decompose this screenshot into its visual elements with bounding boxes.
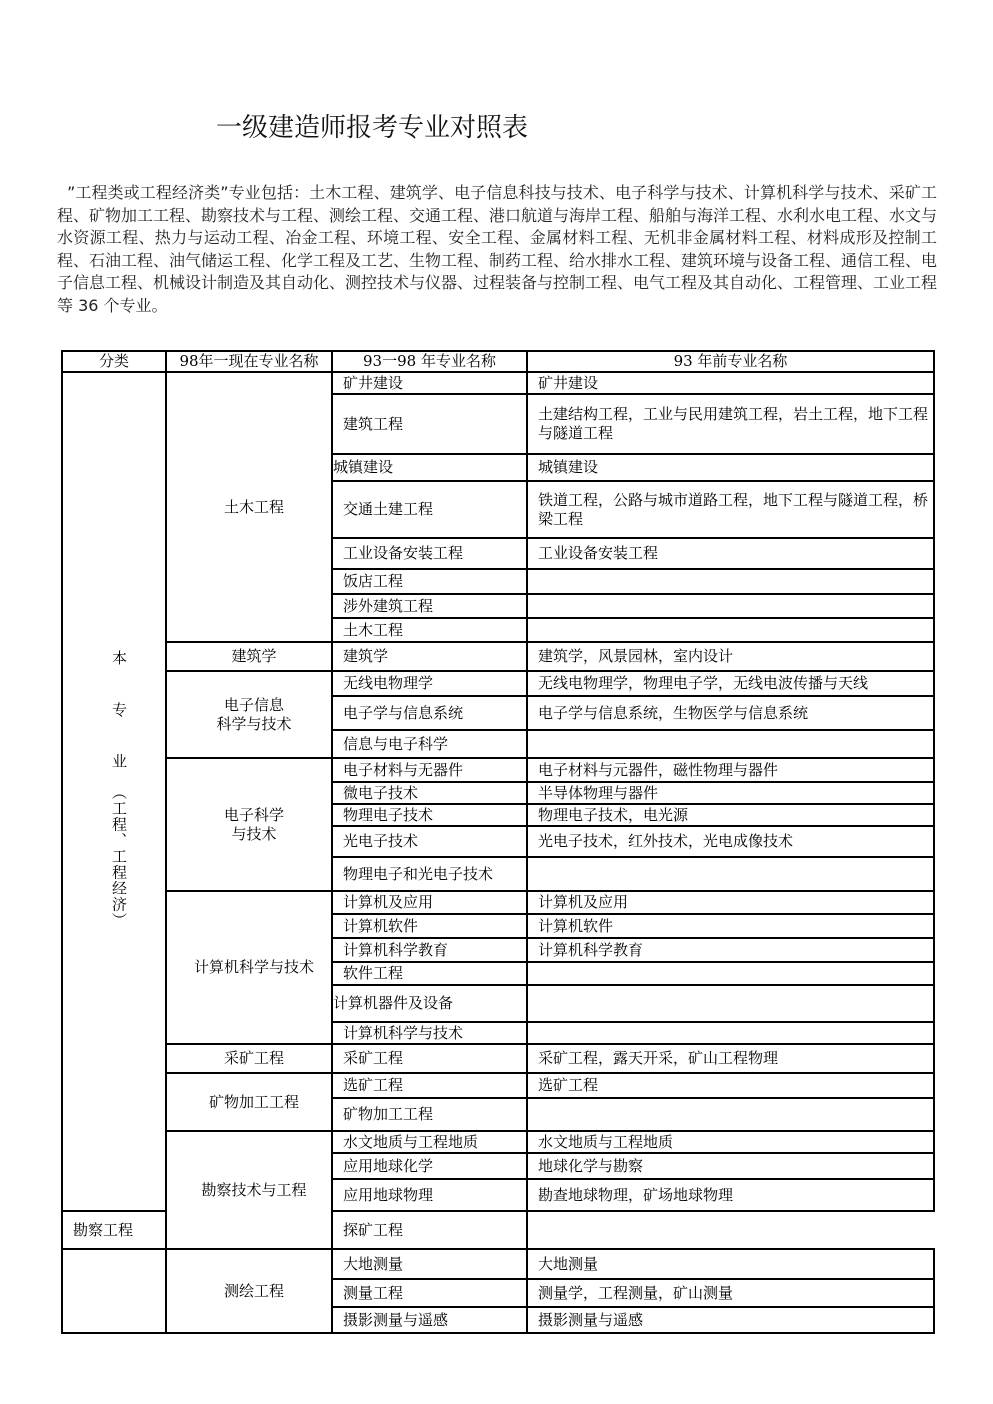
major-pre93-cell: 工业设备安装工程	[527, 538, 934, 569]
major-pre93-cell: 计算机及应用	[527, 891, 934, 914]
major-9398-cell: 计算机器件及设备	[332, 985, 527, 1022]
major-9398-cell: 物理电子和光电子技术	[332, 857, 527, 891]
page-title: 一级建造师报考专业对照表	[216, 107, 528, 144]
table-row: 电子信息 科学与技术 无线电物理学 无线电物理学，物理电子学，无线电波传播与天线	[62, 671, 934, 696]
major-pre93-cell	[527, 962, 934, 985]
major-comparison-table: 分类 98年一现在专业名称 93一98 年专业名称 93 年前专业名称 本 专 …	[61, 350, 935, 1334]
current-major-cell: 测绘工程	[166, 1249, 332, 1333]
major-9398-cell: 选矿工程	[332, 1073, 527, 1098]
major-pre93-cell: 建筑学，风景园林，室内设计	[527, 642, 934, 671]
current-major-cell: 矿物加工工程	[166, 1073, 332, 1131]
table-row: 测绘工程 大地测量 大地测量	[62, 1249, 934, 1279]
header-current-major: 98年一现在专业名称	[166, 351, 332, 372]
major-9398-cell: 软件工程	[332, 962, 527, 985]
major-pre93-cell: 探矿工程	[332, 1211, 527, 1249]
major-9398-cell: 水文地质与工程地质	[332, 1131, 527, 1153]
major-9398-cell: 测量工程	[332, 1279, 527, 1307]
header-category: 分类	[62, 351, 166, 372]
major-pre93-cell: 计算机软件	[527, 914, 934, 938]
category-cell-main: 本 专 业（工程、工程经济）	[62, 372, 166, 1211]
current-major-line1: 电子科学	[177, 806, 331, 825]
major-pre93-cell: 物理电子技术，电光源	[527, 804, 934, 826]
major-pre93-cell: 铁道工程，公路与城市道路工程，地下工程与隧道工程，桥梁工程	[527, 481, 934, 538]
major-9398-cell: 工业设备安装工程	[332, 538, 527, 569]
major-pre93-cell: 摄影测量与遥感	[527, 1307, 934, 1333]
major-9398-cell: 光电子技术	[332, 826, 527, 857]
major-9398-cell: 建筑工程	[332, 394, 527, 454]
major-pre93-cell	[527, 594, 934, 618]
current-major-cell: 电子信息 科学与技术	[166, 671, 332, 758]
table-row: 本 专 业（工程、工程经济） 土木工程 矿井建设 矿井建设	[62, 372, 934, 394]
major-9398-cell: 土木工程	[332, 618, 527, 642]
major-9398-cell: 建筑学	[332, 642, 527, 671]
major-pre93-cell: 电子学与信息系统，生物医学与信息系统	[527, 696, 934, 730]
current-major-cell: 勘察技术与工程	[166, 1131, 332, 1249]
major-9398-cell: 矿井建设	[332, 372, 527, 394]
major-9398-cell: 物理电子技术	[332, 804, 527, 826]
major-pre93-cell	[527, 569, 934, 594]
major-9398-cell: 无线电物理学	[332, 671, 527, 696]
table-row: 电子科学 与技术 电子材料与无器件 电子材料与元器件，磁性物理与器件	[62, 758, 934, 782]
category-label-a: 本 专 业	[110, 650, 128, 785]
major-pre93-cell: 选矿工程	[527, 1073, 934, 1098]
major-9398-cell: 应用地球物理	[332, 1179, 527, 1211]
current-major-cell: 采矿工程	[166, 1044, 332, 1073]
major-pre93-cell	[527, 985, 934, 1022]
major-pre93-cell: 矿井建设	[527, 372, 934, 394]
current-major-line1: 电子信息	[177, 696, 331, 715]
major-pre93-cell: 水文地质与工程地质	[527, 1131, 934, 1153]
current-major-cell: 计算机科学与技术	[166, 891, 332, 1044]
table-row: 采矿工程 采矿工程 采矿工程，露天开采，矿山工程物理	[62, 1044, 934, 1073]
major-9398-cell: 电子学与信息系统	[332, 696, 527, 730]
header-pre93-major: 93 年前专业名称	[527, 351, 934, 372]
major-9398-cell: 微电子技术	[332, 782, 527, 804]
table-row: 勘察技术与工程 水文地质与工程地质 水文地质与工程地质	[62, 1131, 934, 1153]
major-pre93-cell	[527, 618, 934, 642]
major-9398-cell: 交通土建工程	[332, 481, 527, 538]
major-pre93-cell: 计算机科学教育	[527, 938, 934, 962]
category-label-vertical: 本 专 业（工程、工程经济）	[109, 650, 129, 929]
major-9398-cell: 电子材料与无器件	[332, 758, 527, 782]
major-9398-cell: 摄影测量与遥感	[332, 1307, 527, 1333]
major-9398-cell: 计算机科学与技术	[332, 1022, 527, 1044]
table-header-row: 分类 98年一现在专业名称 93一98 年专业名称 93 年前专业名称	[62, 351, 934, 372]
major-pre93-cell: 电子材料与元器件，磁性物理与器件	[527, 758, 934, 782]
current-major-line2: 科学与技术	[177, 715, 331, 734]
major-9398-cell: 采矿工程	[332, 1044, 527, 1073]
major-9398-cell: 应用地球化学	[332, 1153, 527, 1179]
major-pre93-cell	[527, 857, 934, 891]
current-major-line2: 与技术	[177, 825, 331, 844]
table-row: 建筑学 建筑学 建筑学，风景园林，室内设计	[62, 642, 934, 671]
major-9398-cell: 大地测量	[332, 1249, 527, 1279]
current-major-cell: 土木工程	[166, 372, 332, 642]
major-pre93-cell: 采矿工程，露天开采，矿山工程物理	[527, 1044, 934, 1073]
category-label-b: （工程、工程经济）	[110, 784, 128, 928]
table-row: 计算机科学与技术 计算机及应用 计算机及应用	[62, 891, 934, 914]
major-pre93-cell	[527, 730, 934, 758]
table-row: 矿物加工工程 选矿工程 选矿工程	[62, 1073, 934, 1098]
major-pre93-cell: 无线电物理学，物理电子学，无线电波传播与天线	[527, 671, 934, 696]
major-pre93-cell: 地球化学与勘察	[527, 1153, 934, 1179]
header-9398-major: 93一98 年专业名称	[332, 351, 527, 372]
major-pre93-cell: 测量学，工程测量，矿山测量	[527, 1279, 934, 1307]
major-pre93-cell: 光电子技术，红外技术，光电成像技术	[527, 826, 934, 857]
major-pre93-cell: 大地测量	[527, 1249, 934, 1279]
major-9398-cell: 饭店工程	[332, 569, 527, 594]
major-9398-cell: 涉外建筑工程	[332, 594, 527, 618]
intro-paragraph: ”工程类或工程经济类”专业包括：土木工程、建筑学、电子信息科技与技术、电子科学与…	[57, 182, 937, 318]
major-9398-cell: 计算机软件	[332, 914, 527, 938]
category-cell-secondary	[62, 1249, 166, 1333]
major-pre93-cell	[527, 1022, 934, 1044]
major-9398-cell: 勘察工程	[62, 1211, 166, 1249]
major-9398-cell: 计算机及应用	[332, 891, 527, 914]
major-pre93-cell	[527, 1098, 934, 1131]
major-pre93-cell: 土建结构工程，工业与民用建筑工程，岩土工程，地下工程与隧道工程	[527, 394, 934, 454]
major-pre93-cell: 半导体物理与器件	[527, 782, 934, 804]
major-9398-cell: 城镇建设	[332, 454, 527, 481]
current-major-cell: 建筑学	[166, 642, 332, 671]
major-pre93-cell: 城镇建设	[527, 454, 934, 481]
current-major-cell: 电子科学 与技术	[166, 758, 332, 891]
major-pre93-cell: 勘查地球物理，矿场地球物理	[527, 1179, 934, 1211]
major-9398-cell: 计算机科学教育	[332, 938, 527, 962]
major-9398-cell: 矿物加工工程	[332, 1098, 527, 1131]
major-9398-cell: 信息与电子科学	[332, 730, 527, 758]
